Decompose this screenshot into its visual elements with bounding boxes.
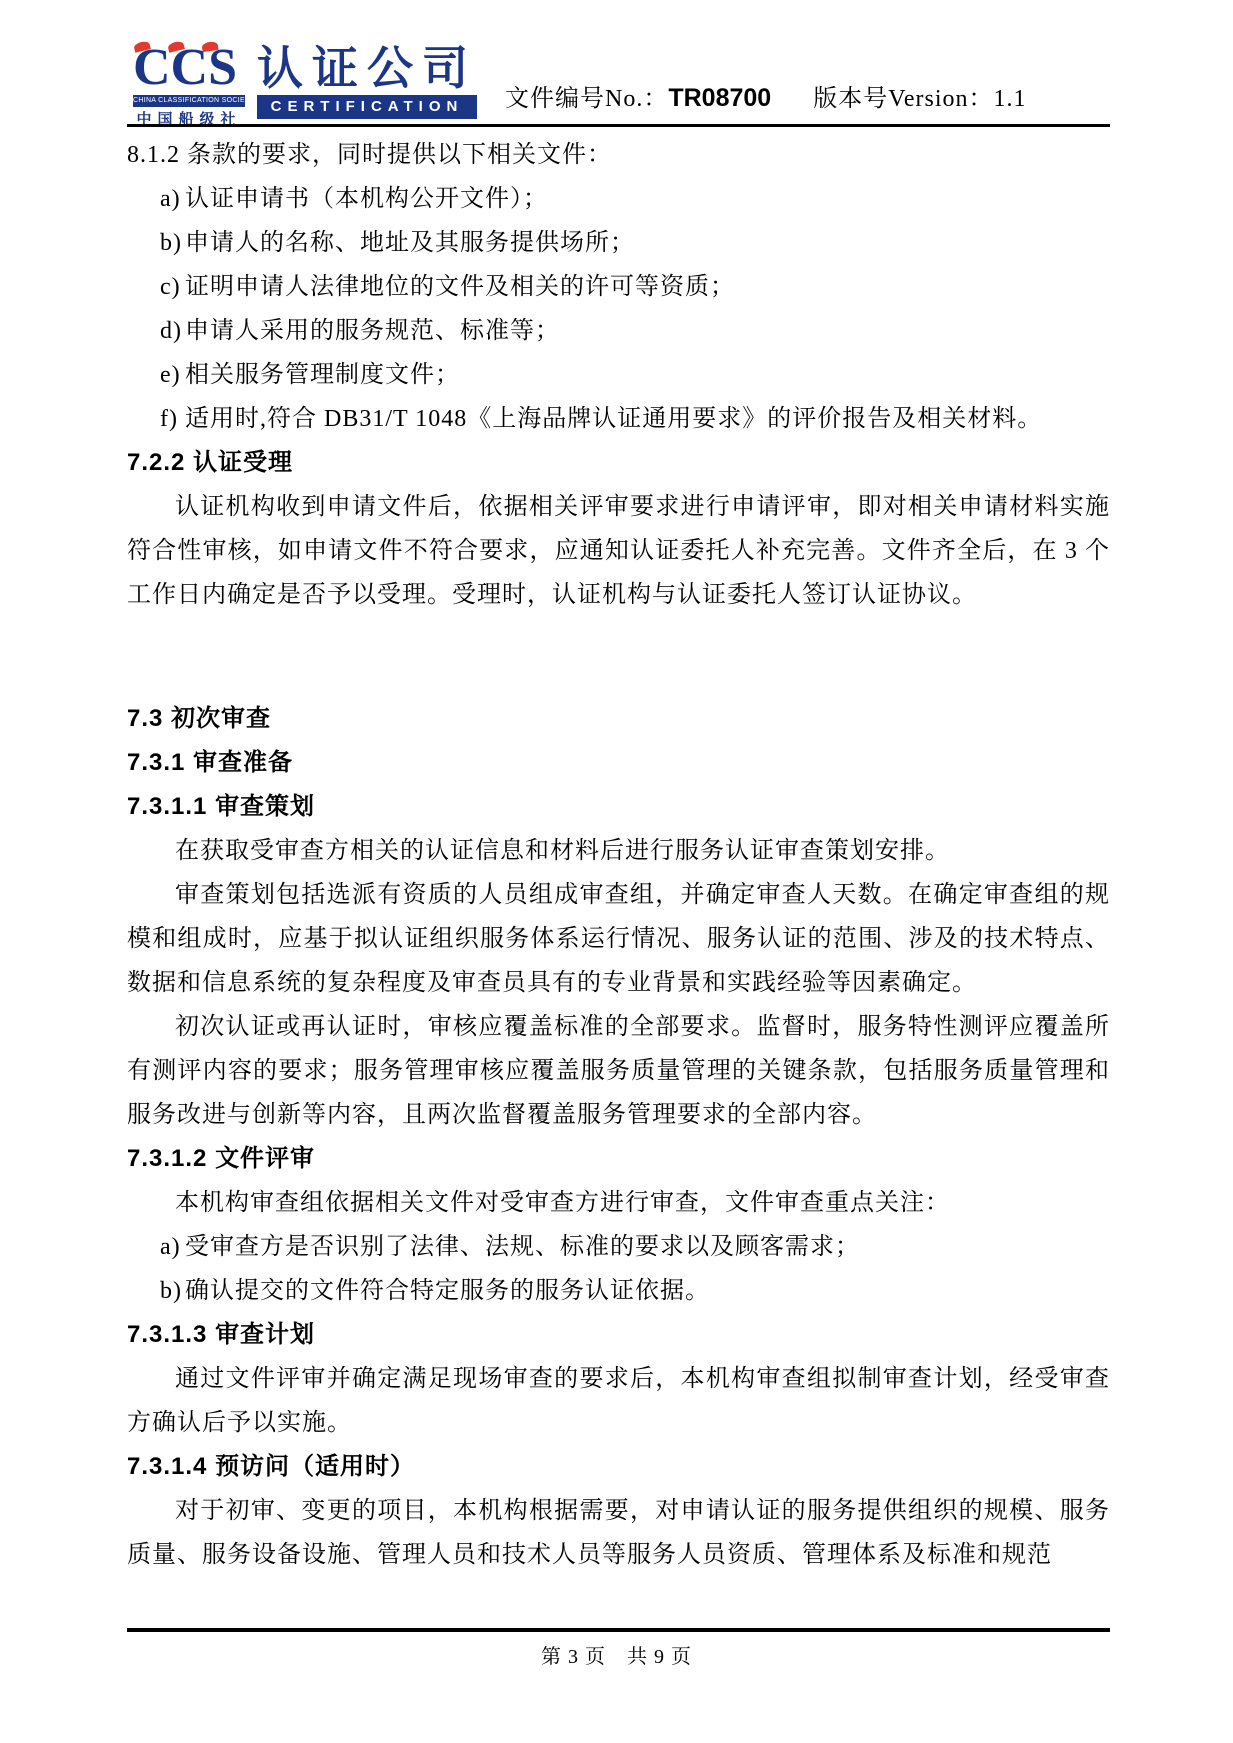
- ccs-logo: CCS CHINA CLASSIFICATION SOCIETY 中国船级社 认…: [133, 44, 477, 129]
- document-page: CCS CHINA CLASSIFICATION SOCIETY 中国船级社 认…: [0, 0, 1233, 1743]
- brand-certification-bar: CERTIFICATION: [257, 95, 477, 119]
- list-marker: a): [160, 1225, 181, 1269]
- version-value: 1.1: [994, 86, 1027, 112]
- ccs-logo-right: 认证公司 CERTIFICATION: [257, 44, 477, 119]
- ccs-letters: CCS: [133, 44, 237, 92]
- paragraph-acceptance: 认证机构收到申请文件后，依据相关评审要求进行申请评审，即对相关申请材料实施符合性…: [127, 485, 1110, 617]
- list-item: b) 确认提交的文件符合特定服务的服务认证依据。: [127, 1269, 1110, 1313]
- list-marker: d): [160, 309, 182, 353]
- paragraph-planning-detail: 审查策划包括选派有资质的人员组成审查组，并确定审查人天数。在确定审查组的规模和组…: [127, 873, 1110, 1005]
- list-text: 认证申请书（本机构公开文件）；: [185, 186, 548, 212]
- list-marker: b): [160, 221, 182, 265]
- paragraph-planning-intro: 在获取受审查方相关的认证信息和材料后进行服务认证审查策划安排。: [127, 829, 1110, 873]
- list-marker: f): [160, 397, 178, 441]
- list-item: a) 认证申请书（本机构公开文件）；: [127, 177, 1110, 221]
- heading-7-3-1-1: 7.3.1.1 审查策划: [127, 785, 1110, 829]
- page-number: 第 3 页 共 9 页: [0, 1640, 1233, 1669]
- heading-7-3-1-2: 7.3.1.2 文件评审: [127, 1137, 1110, 1181]
- header-doc-info: 文件编号No.：TR08700版本号Version：1.1: [505, 78, 1027, 113]
- list-marker: c): [160, 265, 181, 309]
- ccs-letters-wrap: CCS: [133, 44, 237, 92]
- ccs-logo-left: CCS CHINA CLASSIFICATION SOCIETY 中国船级社: [133, 44, 245, 129]
- list-item: c) 证明申请人法律地位的文件及相关的许可等资质；: [127, 265, 1110, 309]
- list-text: 适用时,符合 DB31/T 1048《上海品牌认证通用要求》的评价报告及相关材料…: [185, 406, 1042, 432]
- paragraph-812-requirements: 8.1.2 条款的要求，同时提供以下相关文件：: [127, 133, 1110, 177]
- list-item: e) 相关服务管理制度文件；: [127, 353, 1110, 397]
- heading-7-3-1-3: 7.3.1.3 审查计划: [127, 1313, 1110, 1357]
- paragraph-audit-plan: 通过文件评审并确定满足现场审查的要求后，本机构审查组拟制审查计划，经受审查方确认…: [127, 1357, 1110, 1445]
- list-marker: b): [160, 1269, 182, 1313]
- doc-no-label: 文件编号No.：: [505, 86, 668, 112]
- list-text: 申请人的名称、地址及其服务提供场所；: [185, 230, 635, 256]
- paragraph-audit-coverage: 初次认证或再认证时，审核应覆盖标准的全部要求。监督时，服务特性测评应覆盖所有测评…: [127, 1005, 1110, 1137]
- list-text: 申请人采用的服务规范、标准等；: [185, 318, 560, 344]
- doc-no-value: TR08700: [668, 84, 771, 112]
- list-text: 确认提交的文件符合特定服务的服务认证依据。: [185, 1278, 710, 1304]
- heading-7-3-1-4: 7.3.1.4 预访问（适用时）: [127, 1445, 1110, 1489]
- footer-divider: [127, 1628, 1110, 1632]
- header-divider: [127, 124, 1110, 127]
- list-item: a) 受审查方是否识别了法律、法规、标准的要求以及顾客需求；: [127, 1225, 1110, 1269]
- list-item: d) 申请人采用的服务规范、标准等；: [127, 309, 1110, 353]
- list-item: b) 申请人的名称、地址及其服务提供场所；: [127, 221, 1110, 265]
- paragraph-doc-review-intro: 本机构审查组依据相关文件对受审查方进行审查，文件审查重点关注：: [127, 1181, 1110, 1225]
- list-text: 证明申请人法律地位的文件及相关的许可等资质；: [185, 274, 735, 300]
- document-body: 8.1.2 条款的要求，同时提供以下相关文件： a) 认证申请书（本机构公开文件…: [127, 133, 1110, 1577]
- list-marker: e): [160, 353, 181, 397]
- ccs-society-en-bar: CHINA CLASSIFICATION SOCIETY: [133, 95, 245, 107]
- heading-7-2-2: 7.2.2 认证受理: [127, 441, 1110, 485]
- heading-7-3: 7.3 初次审查: [127, 697, 1110, 741]
- list-marker: a): [160, 177, 181, 221]
- brand-company-cn: 认证公司: [257, 44, 477, 93]
- blank-line: [127, 617, 1110, 697]
- version-label: 版本号Version：: [813, 86, 993, 112]
- list-item: f) 适用时,符合 DB31/T 1048《上海品牌认证通用要求》的评价报告及相…: [127, 397, 1110, 441]
- heading-7-3-1: 7.3.1 审查准备: [127, 741, 1110, 785]
- list-text: 相关服务管理制度文件；: [185, 362, 460, 388]
- paragraph-pre-visit: 对于初审、变更的项目，本机构根据需要，对申请认证的服务提供组织的规模、服务质量、…: [127, 1489, 1110, 1577]
- list-text: 受审查方是否识别了法律、法规、标准的要求以及顾客需求；: [185, 1234, 860, 1260]
